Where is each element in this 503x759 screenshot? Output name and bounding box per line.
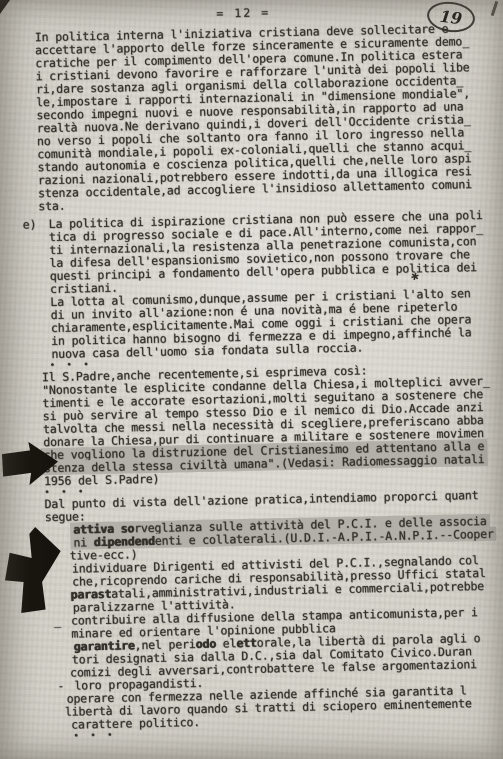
line-text: carattere politico. <box>71 715 200 732</box>
line-text: sta. <box>38 199 65 214</box>
point-e-paragraph: e)La politica di ispirazione cristiana n… <box>49 207 503 361</box>
margin-dash: - <box>57 680 64 693</box>
corner-number-text: 19 <box>439 6 463 28</box>
document-body: In politica interna l'iniziativa cristia… <box>35 20 503 742</box>
margin-dash: _ <box>54 615 61 628</box>
action-items: attiva sorveglianza sulle attività del P… <box>45 513 503 732</box>
scanned-page: 19 ✱ = 12 = In politica interna l'inizia… <box>0 0 503 759</box>
document-content: = 12 = In politica interna l'iniziativa … <box>0 0 503 743</box>
holy-father-quote: Il S.Padre,anche recentemente,si esprime… <box>42 360 503 488</box>
intro-paragraph: In politica interna l'iniziativa cristia… <box>35 20 503 213</box>
paragraph-label: e) <box>23 218 37 231</box>
line-text: 1956 del S.Padre) <box>44 472 160 488</box>
